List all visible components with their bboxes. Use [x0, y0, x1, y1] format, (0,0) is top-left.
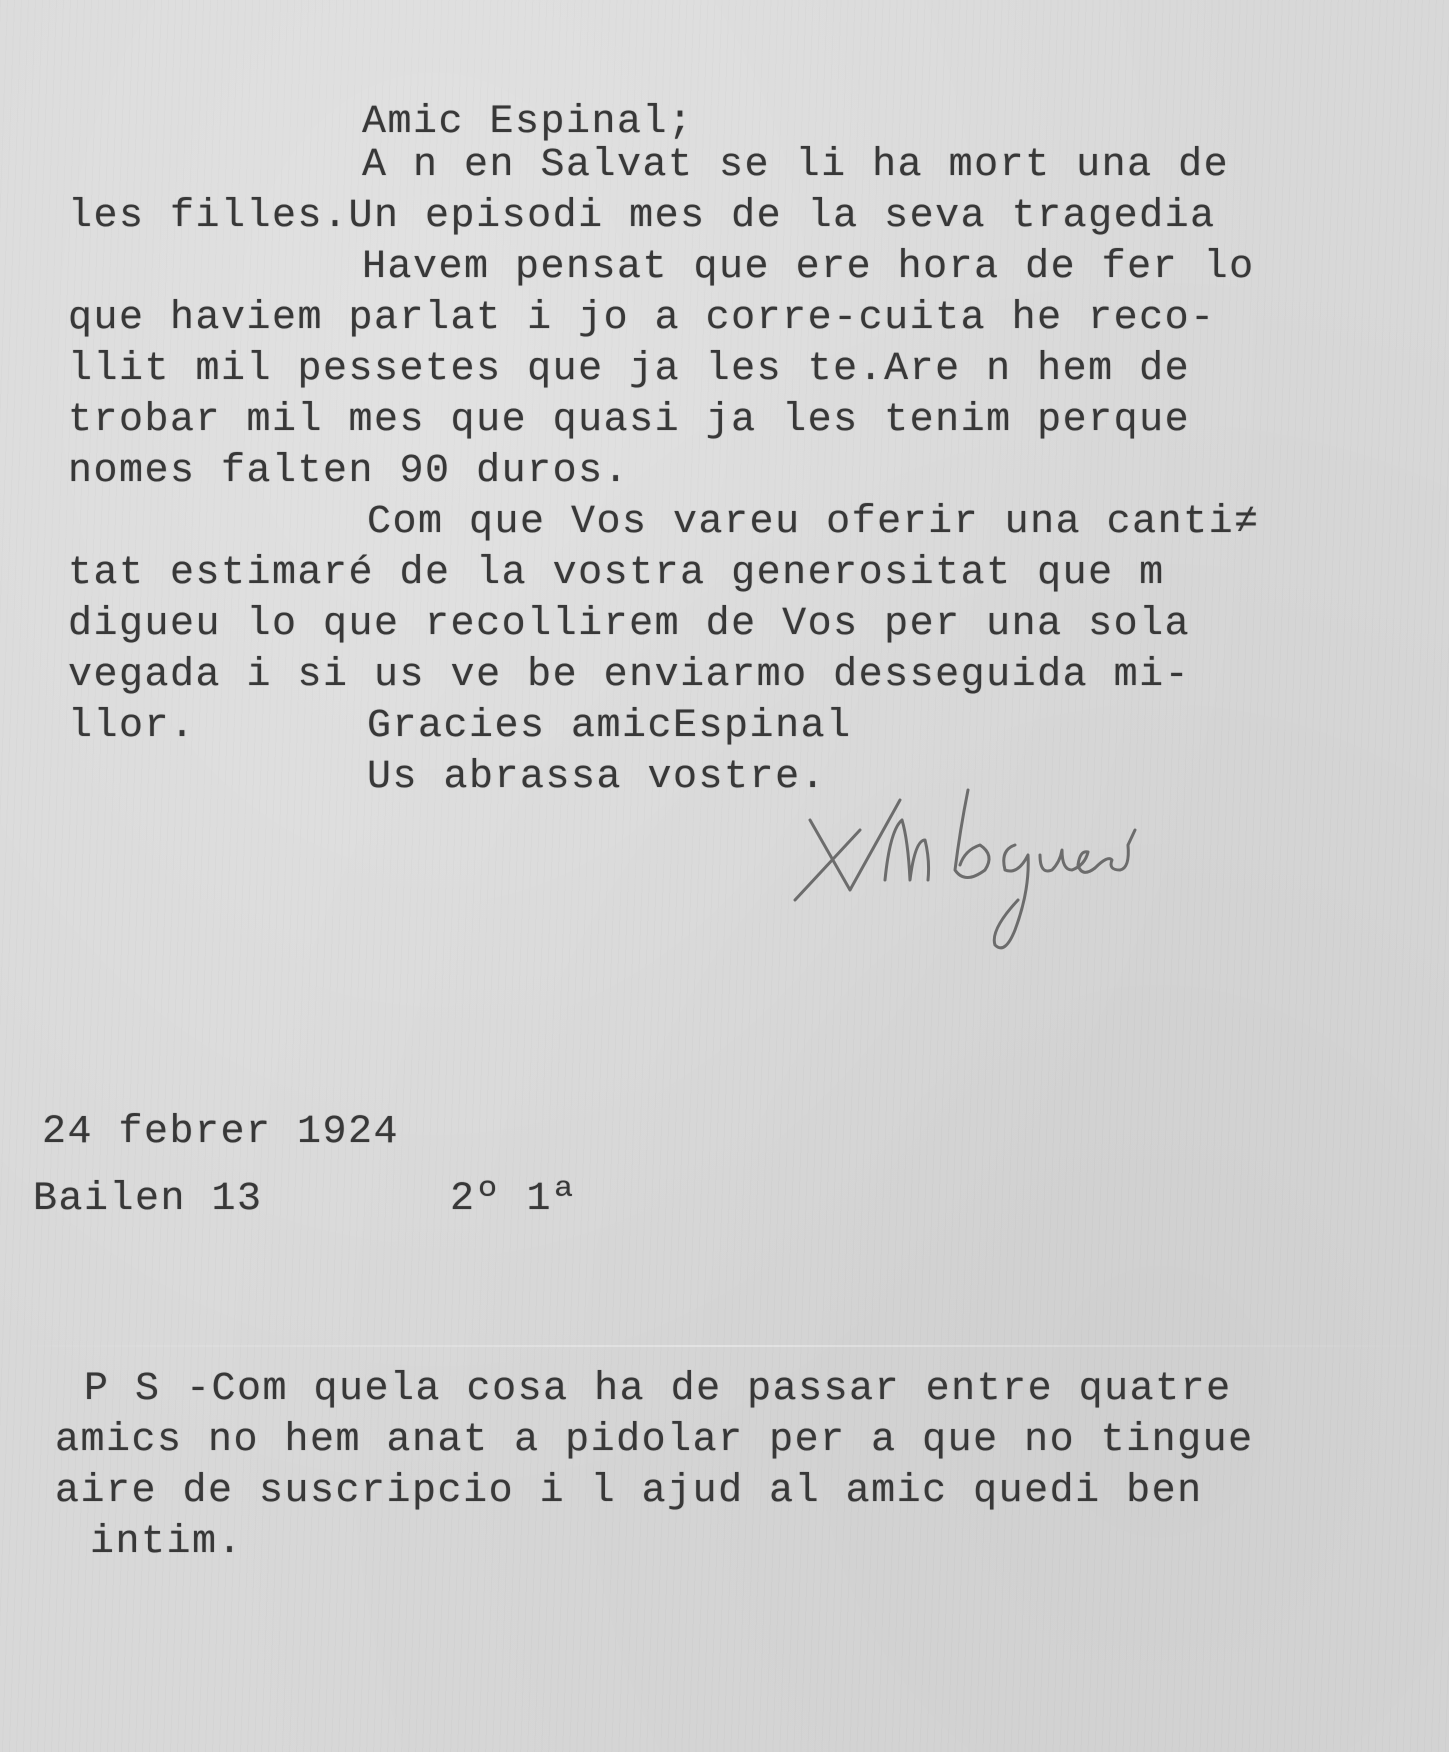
closing-thanks: Gracies amicEspinal: [367, 705, 852, 749]
body-line: que haviem parlat i jo a corre-cuita he …: [68, 297, 1216, 341]
body-line: llit mil pessetes que ja les te.Are n he…: [68, 348, 1190, 392]
postscript-line: intim.: [90, 1521, 243, 1565]
signature-icon: [790, 770, 1170, 970]
body-line: Havem pensat que ere hora de fer lo: [362, 246, 1255, 290]
body-line: A n en Salvat se li ha mort una de: [362, 144, 1229, 188]
closing-embrace: Us abrassa vostre.: [367, 756, 826, 800]
body-line: tat estimaré de la vostra generositat qu…: [68, 552, 1165, 596]
body-line: llor.: [68, 705, 196, 749]
letter-date: 24 febrer 1924: [42, 1111, 399, 1155]
postscript-line: P S -Com quela cosa ha de passar entre q…: [84, 1368, 1232, 1412]
body-line: digueu lo que recollirem de Vos per una …: [68, 603, 1190, 647]
body-line: les filles.Un episodi mes de la seva tra…: [68, 195, 1216, 239]
handwritten-signature: [790, 770, 1170, 970]
body-line: nomes falten 90 duros.: [68, 450, 629, 494]
body-line: Com que Vos vareu oferir una canti≠: [367, 501, 1260, 545]
postscript-line: aire de suscripcio i l ajud al amic qued…: [55, 1470, 1203, 1514]
salutation: Amic Espinal;: [362, 101, 694, 145]
body-line: trobar mil mes que quasi ja les tenim pe…: [68, 399, 1190, 443]
paper-fold-line: [0, 1345, 1449, 1347]
postscript-line: amics no hem anat a pidolar per a que no…: [55, 1419, 1254, 1463]
body-line: vegada i si us ve be enviarmo desseguida…: [68, 654, 1190, 698]
address-street: Bailen 13: [33, 1178, 263, 1222]
address-floor: 2º 1ª: [450, 1178, 578, 1222]
